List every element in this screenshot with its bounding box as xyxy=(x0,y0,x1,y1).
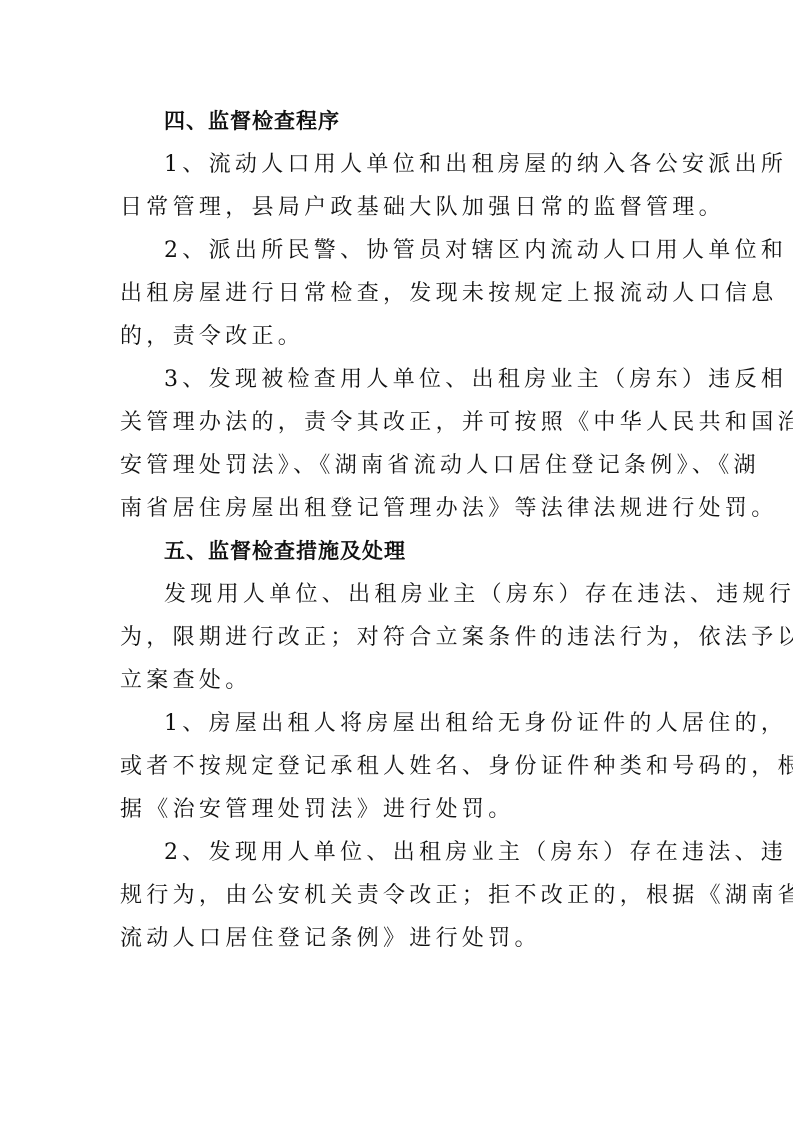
paragraph-line: 流动人口居住登记条例》进行处罚。 xyxy=(120,917,541,960)
paragraph-line: 日常管理，县局户政基础大队加强日常的监督管理。 xyxy=(120,186,725,229)
paragraph-line: 为，限期进行改正；对符合立案条件的违法行为，依法予以 xyxy=(120,616,793,659)
section-heading-5: 五、监督检查措施及处理 xyxy=(164,530,406,573)
paragraph-line: 据《治安管理处罚法》进行处罚。 xyxy=(120,788,515,831)
paragraph-line: 关管理办法的，责令其改正，并可按照《中华人民共和国治 xyxy=(120,401,793,444)
paragraph-line: 3、发现被检查用人单位、出租房业主（房东）违反相 xyxy=(164,358,787,401)
paragraph-line: 或者不按规定登记承租人姓名、身份证件种类和号码的，根 xyxy=(120,745,793,788)
paragraph-line: 南省居住房屋出租登记管理办法》等法律法规进行处罚。 xyxy=(120,487,778,530)
paragraph-line: 2、发现用人单位、出租房业主（房东）存在违法、违 xyxy=(164,831,787,874)
paragraph-line: 的，责令改正。 xyxy=(120,315,304,358)
paragraph-line: 1、流动人口用人单位和出租房屋的纳入各公安派出所 xyxy=(164,143,787,186)
paragraph-line: 规行为，由公安机关责令改正；拒不改正的，根据《湖南省 xyxy=(120,874,793,917)
paragraph-line: 发现用人单位、出租房业主（房东）存在违法、违规行 xyxy=(164,573,793,616)
section-heading-4: 四、监督检查程序 xyxy=(164,100,340,143)
paragraph-line: 安管理处罚法》、《湖南省流动人口居住登记条例》、《湖 xyxy=(120,444,760,487)
paragraph-line: 2、派出所民警、协管员对辖区内流动人口用人单位和 xyxy=(164,229,787,272)
paragraph-line: 1、房屋出租人将房屋出租给无身份证件的人居住的， xyxy=(164,702,787,745)
paragraph-line: 出租房屋进行日常检查，发现未按规定上报流动人口信息 xyxy=(120,272,778,315)
paragraph-line: 立案查处。 xyxy=(120,659,252,702)
